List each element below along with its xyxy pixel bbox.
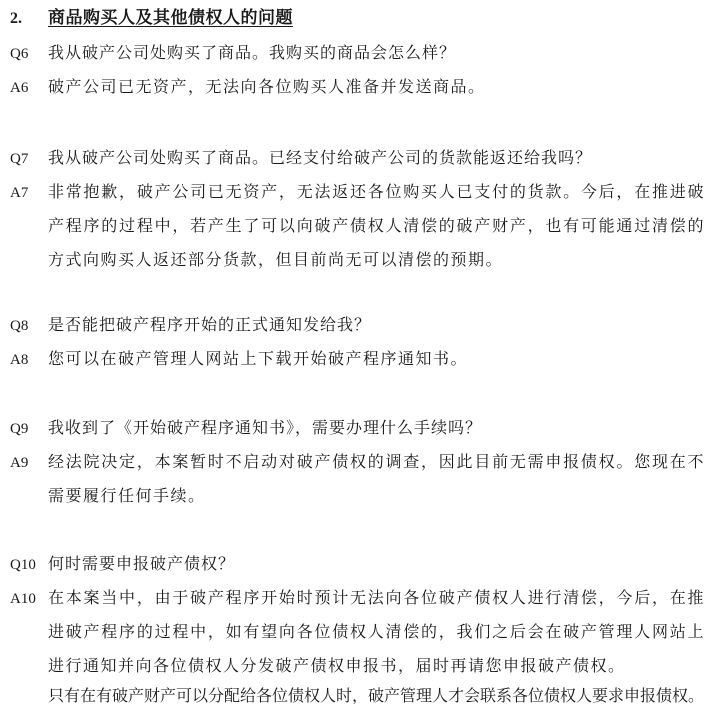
answer-extra-text: 只有在有破产财产可以分配给各位债权人时，破产管理人才会联系各位债权人要求申报债权… <box>48 684 705 704</box>
question-row: Q9 我收到了《开始破产程序通知书》，需要办理什么手续吗？ <box>10 412 705 446</box>
question-row: Q10 何时需要申报破产债权？ <box>10 548 705 582</box>
answer-label: A10 <box>10 582 48 684</box>
section-number: 2. <box>10 7 48 31</box>
question-text: 我收到了《开始破产程序通知书》，需要办理什么手续吗？ <box>48 412 705 446</box>
answer-text: 在本案当中，由于破产程序开始时预计无法向各位破产债权人进行清偿，今后，在推进破产… <box>48 582 705 684</box>
qa-block-q8: Q8 是否能把破产程序开始的正式通知发给我？ A8 您可以在破产管理人网站上下载… <box>10 309 705 377</box>
qa-block-q9: Q9 我收到了《开始破产程序通知书》，需要办理什么手续吗？ A9 经法院决定，本… <box>10 412 705 514</box>
answer-label-spacer <box>10 684 48 704</box>
answer-row: A10 在本案当中，由于破产程序开始时预计无法向各位破产债权人进行清偿，今后，在… <box>10 582 705 684</box>
question-row: Q7 我从破产公司处购买了商品。已经支付给破产公司的货款能返还给我吗？ <box>10 142 705 176</box>
section-title: 商品购买人及其他债权人的问题 <box>48 6 293 30</box>
answer-label: A9 <box>10 446 48 514</box>
answer-continued-row: 只有在有破产财产可以分配给各位债权人时，破产管理人才会联系各位债权人要求申报债权… <box>10 684 705 704</box>
answer-label: A6 <box>10 71 48 105</box>
document-page: 2. 商品购买人及其他债权人的问题 Q6 我从破产公司处购买了商品。我购买的商品… <box>0 0 720 704</box>
answer-row: A6 破产公司已无资产，无法向各位购买人准备并发送商品。 <box>10 71 705 105</box>
answer-text: 破产公司已无资产，无法向各位购买人准备并发送商品。 <box>48 71 705 105</box>
question-text: 是否能把破产程序开始的正式通知发给我？ <box>48 309 705 343</box>
answer-text: 非常抱歉，破产公司已无资产，无法返还各位购买人已支付的货款。今后，在推进破产程序… <box>48 176 705 278</box>
question-label: Q6 <box>10 37 48 71</box>
qa-block-q10: Q10 何时需要申报破产债权？ A10 在本案当中，由于破产程序开始时预计无法向… <box>10 548 705 704</box>
answer-row: A9 经法院决定，本案暂时不启动对破产债权的调查，因此目前无需申报债权。您现在不… <box>10 446 705 514</box>
question-text: 我从破产公司处购买了商品。已经支付给破产公司的货款能返还给我吗？ <box>48 142 705 176</box>
question-label: Q9 <box>10 412 48 446</box>
answer-label: A7 <box>10 176 48 278</box>
question-row: Q6 我从破产公司处购买了商品。我购买的商品会怎么样？ <box>10 37 705 71</box>
question-label: Q7 <box>10 142 48 176</box>
qa-block-q6: Q6 我从破产公司处购买了商品。我购买的商品会怎么样？ A6 破产公司已无资产，… <box>10 37 705 105</box>
answer-text: 您可以在破产管理人网站上下载开始破产程序通知书。 <box>48 343 705 377</box>
answer-row: A8 您可以在破产管理人网站上下载开始破产程序通知书。 <box>10 343 705 377</box>
answer-text: 经法院决定，本案暂时不启动对破产债权的调查，因此目前无需申报债权。您现在不需要履… <box>48 446 705 514</box>
section-heading: 2. 商品购买人及其他债权人的问题 <box>10 6 705 31</box>
question-label: Q10 <box>10 548 48 582</box>
answer-row: A7 非常抱歉，破产公司已无资产，无法返还各位购买人已支付的货款。今后，在推进破… <box>10 176 705 278</box>
qa-block-q7: Q7 我从破产公司处购买了商品。已经支付给破产公司的货款能返还给我吗？ A7 非… <box>10 142 705 278</box>
answer-label: A8 <box>10 343 48 377</box>
question-text: 我从破产公司处购买了商品。我购买的商品会怎么样？ <box>48 37 705 71</box>
question-row: Q8 是否能把破产程序开始的正式通知发给我？ <box>10 309 705 343</box>
question-text: 何时需要申报破产债权？ <box>48 548 705 582</box>
question-label: Q8 <box>10 309 48 343</box>
